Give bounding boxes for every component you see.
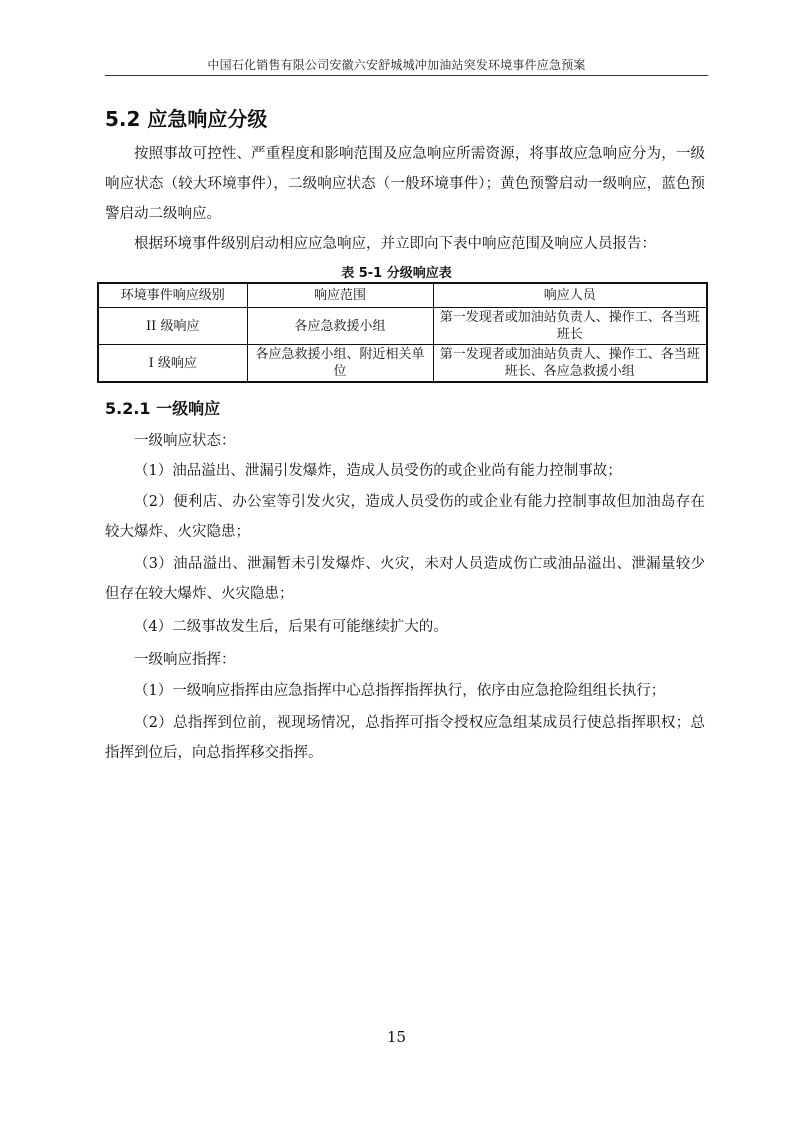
state-item: （3）油品溢出、泄漏暂未引发爆炸、火灾，未对人员造成伤亡或油品溢出、泄漏量较少但… — [105, 549, 705, 609]
state-label: 一级响应状态： — [105, 426, 705, 456]
table-cell: 第一发现者或加油站负责人、操作工、各当班班长 — [433, 308, 707, 345]
running-header: 中国石化销售有限公司安徽六安舒城城冲加油站突发环境事件应急预案 — [0, 56, 793, 73]
header-divider — [105, 75, 708, 76]
table-header-row: 环境事件响应级别 响应范围 响应人员 — [98, 283, 707, 308]
table-header-cell: 响应人员 — [433, 283, 707, 308]
table-cell: 第一发现者或加油站负责人、操作工、各当班班长、各应急救援小组 — [433, 345, 707, 383]
table-caption: 表 5-1 分级响应表 — [0, 262, 793, 281]
table-row: II 级响应 各应急救援小组 第一发现者或加油站负责人、操作工、各当班班长 — [98, 308, 707, 345]
table-cell: II 级响应 — [98, 308, 247, 345]
command-item: （2）总指挥到位前，视现场情况，总指挥可指令授权应急组某成员行使总指挥职权；总指… — [105, 708, 705, 768]
intro-paragraph: 按照事故可控性、严重程度和影响范围及应急响应所需资源，将事故应急响应分为，一级响… — [105, 139, 705, 229]
command-label: 一级响应指挥： — [105, 645, 705, 675]
state-item: （4）二级事故发生后，后果有可能继续扩大的。 — [105, 612, 705, 642]
command-item: （1）一级响应指挥由应急指挥中心总指挥指挥执行，依序由应急抢险组组长执行； — [105, 676, 705, 706]
report-paragraph: 根据环境事件级别启动相应应急响应，并立即向下表中响应范围及响应人员报告： — [105, 229, 705, 259]
subsection-heading: 5.2.1 一级响应 — [105, 396, 220, 419]
table-cell: I 级响应 — [98, 345, 247, 383]
state-item: （2）便利店、办公室等引发火灾，造成人员受伤的或企业有能力控制事故但加油岛存在较… — [105, 487, 705, 547]
table-header-cell: 环境事件响应级别 — [98, 283, 247, 308]
page-number: 15 — [0, 1028, 793, 1046]
table-header-cell: 响应范围 — [247, 283, 433, 308]
table-cell: 各应急救援小组、附近相关单位 — [247, 345, 433, 383]
section-heading: 5.2 应急响应分级 — [105, 103, 267, 132]
response-level-table: 环境事件响应级别 响应范围 响应人员 II 级响应 各应急救援小组 第一发现者或… — [97, 282, 708, 383]
table-cell: 各应急救援小组 — [247, 308, 433, 345]
table-row: I 级响应 各应急救援小组、附近相关单位 第一发现者或加油站负责人、操作工、各当… — [98, 345, 707, 383]
state-item: （1）油品溢出、泄漏引发爆炸，造成人员受伤的或企业尚有能力控制事故； — [105, 456, 705, 486]
